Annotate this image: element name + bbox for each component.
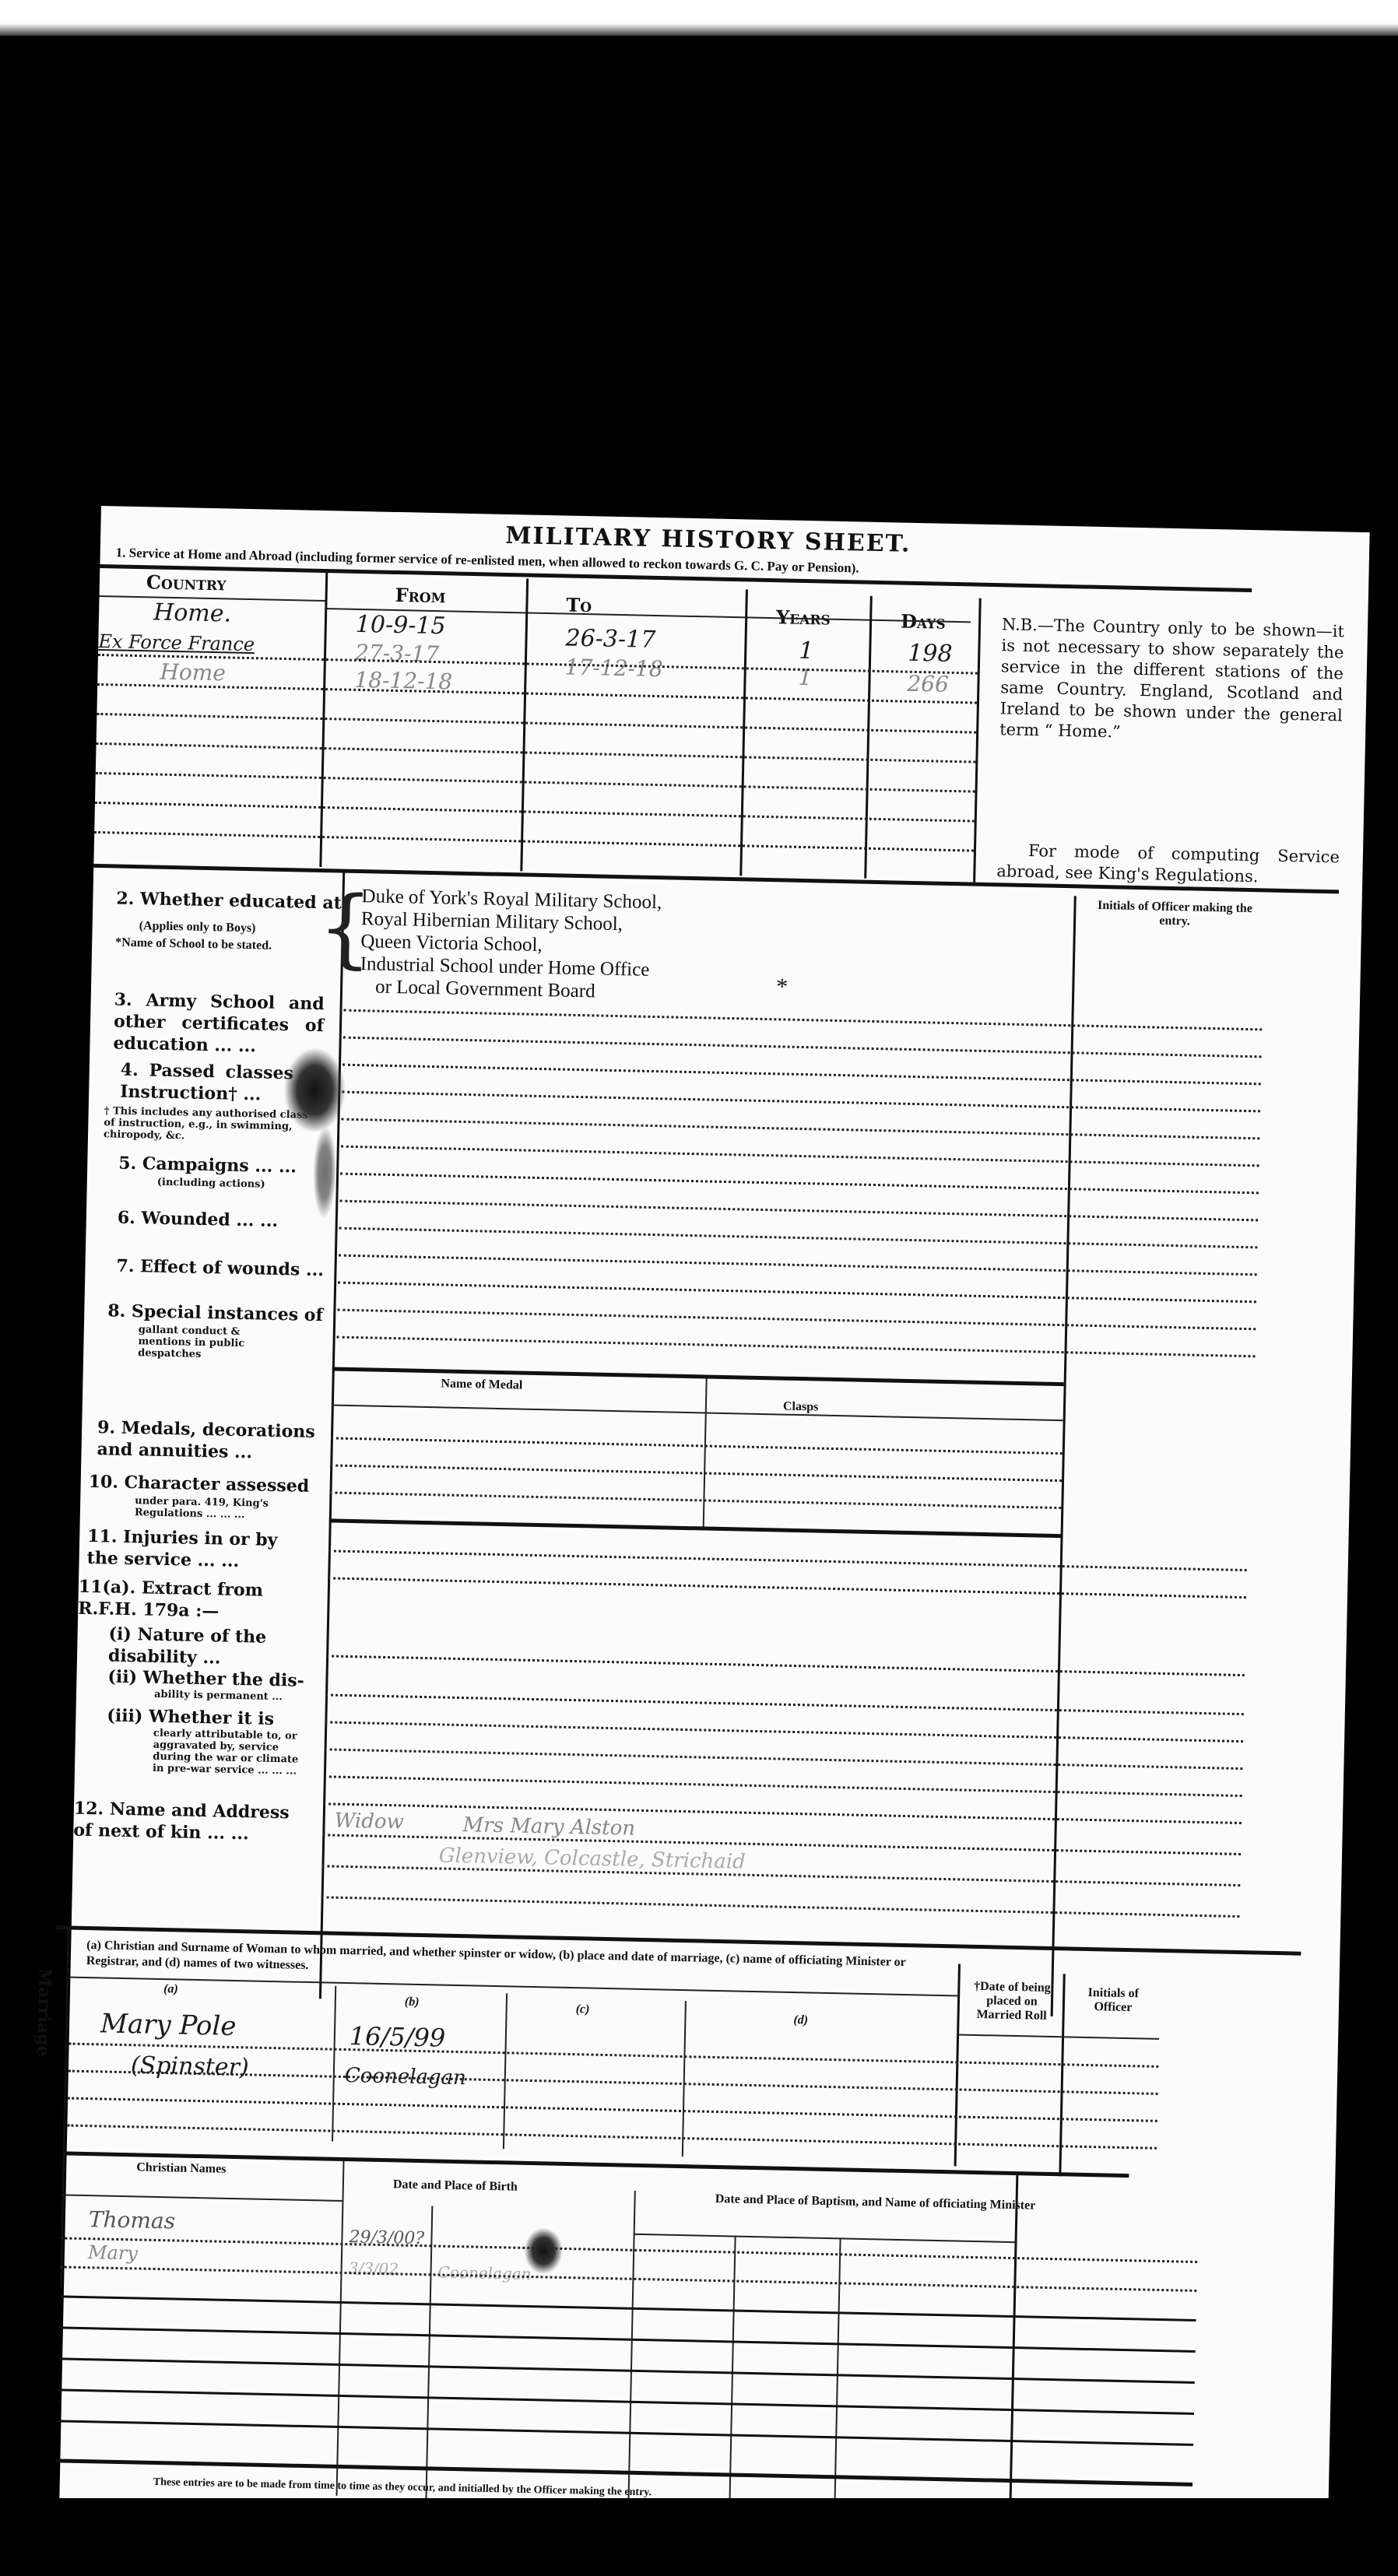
dotted-rule [325, 1693, 1244, 1715]
dotted-rule [343, 1009, 1262, 1031]
dotted-rule [330, 1464, 1062, 1482]
dotted-rule [97, 683, 977, 704]
column-divider [60, 1929, 70, 2287]
children-names-header: Christian Names [136, 2160, 226, 2176]
item-11a-label: 11(a). Extract from R.F.H. 179a :— [78, 1576, 312, 1624]
dotted-rule [97, 713, 976, 734]
rule [634, 2234, 1015, 2243]
school-marker: * [776, 975, 789, 998]
rule [62, 2194, 342, 2202]
medal-name-header: Name of Medal [441, 1377, 522, 1392]
item-11a-iii-label: (iii) Whether it is [107, 1705, 274, 1730]
dotted-rule [325, 1748, 1243, 1770]
dotted-rule [94, 831, 974, 852]
rule [58, 2388, 1194, 2415]
dotted-rule [339, 1227, 1258, 1249]
item-2-sub1: (Applies only to Boys) [139, 919, 256, 935]
service-row-1-from: 10-9-15 [356, 611, 446, 640]
child-2-birth-place: Coonelagan [437, 2263, 532, 2284]
item-12-label: 12. Name and Address of next of kin ... … [73, 1798, 307, 1846]
dotted-rule [343, 1037, 1262, 1058]
service-row-1-years: 1 [799, 637, 814, 665]
military-history-sheet: MILITARY HISTORY SHEET. 1. Service at Ho… [59, 506, 1369, 2532]
item-2-sub2: *Name of School to be stated. [115, 936, 272, 953]
married-roll-header: †Date of being placed on Married Roll [964, 1980, 1059, 2024]
dotted-rule [342, 1118, 1260, 1140]
marriage-wife-name: Mary Pole [100, 2008, 237, 2042]
dotted-rule [326, 1655, 1245, 1676]
dotted-rule [328, 1577, 1246, 1599]
item-5-label: 5. Campaigns ... ... [118, 1153, 297, 1178]
service-row-3-country: Home [160, 659, 226, 686]
item-7-label: 7. Effect of wounds ... [116, 1255, 324, 1282]
column-divider [739, 589, 748, 876]
ink-blot [524, 2227, 564, 2275]
item-11a-i-label: (i) Nature of the disability ... [108, 1623, 311, 1671]
dotted-rule [321, 1896, 1240, 1918]
dotted-rule [97, 742, 976, 763]
item-10-label: 10. Character assessed [88, 1471, 309, 1497]
dotted-rule [328, 1549, 1247, 1571]
scan-top-edge [0, 0, 1398, 36]
clasps-header: Clasps [783, 1400, 819, 1415]
dotted-rule [98, 654, 978, 675]
column-divider [503, 1993, 508, 2149]
scan-bottom-edge [0, 2498, 1398, 2576]
item-3-label: 3. Army School and other certificates of… [113, 988, 325, 1058]
dotted-rule [61, 2237, 1197, 2263]
item-6-label: 6. Wounded ... ... [118, 1207, 279, 1232]
item-5-sub: (including actions) [157, 1177, 265, 1191]
dotted-rule [341, 1146, 1259, 1167]
item-2-label: 2. Whether educated at [116, 888, 342, 914]
marriage-col-c: (c) [575, 2002, 589, 2016]
column-divider [336, 2161, 345, 2496]
service-row-1-country: Home. [153, 598, 232, 627]
service-row-2-country: Ex Force France [98, 630, 255, 655]
dotted-rule [342, 1064, 1261, 1086]
dotted-rule [67, 2125, 1157, 2150]
marriage-col-a: (a) [163, 1982, 178, 1996]
dotted-rule [68, 2097, 1157, 2122]
column-divider [627, 2191, 635, 2502]
rule [57, 2420, 1193, 2446]
item-8-sub: gallant conduct & mentions in public des… [138, 1324, 279, 1362]
column-divider [425, 2206, 433, 2501]
dotted-rule [95, 802, 975, 823]
item-11a-ii-label: (ii) Whether the dis- [107, 1666, 304, 1692]
header-country: Country [146, 570, 227, 595]
dotted-rule [337, 1309, 1256, 1331]
children-birth-header: Date and Place of Birth [393, 2178, 518, 2194]
service-row-2-from: 27-3-17 [355, 640, 440, 667]
dotted-rule [96, 772, 975, 793]
next-of-kin-relation: Widow [334, 1809, 404, 1834]
service-row-1-days: 198 [908, 640, 953, 668]
dotted-rule [342, 1091, 1260, 1113]
child-2-name: Mary [88, 2241, 138, 2264]
service-row-2-to: 17-12-18 [564, 655, 662, 683]
column-divider [520, 578, 529, 871]
item-11a-iii-sub: clearly attributable to, or aggravated b… [153, 1728, 309, 1778]
column-divider [864, 596, 873, 879]
school-5: or Local Government Board [375, 976, 595, 1003]
rule [329, 1518, 1061, 1538]
dotted-rule [331, 1437, 1063, 1455]
marriage-wife-status: (Spinster) [131, 2051, 249, 2081]
dotted-rule [61, 2265, 1197, 2292]
service-row-1-to: 26-3-17 [565, 625, 655, 654]
next-of-kin-name: Mrs Mary Alston [462, 1813, 635, 1841]
column-divider [682, 2001, 687, 2157]
service-row-2-days: 266 [907, 671, 949, 697]
computing-note: For mode of computing Service abroad, se… [996, 840, 1340, 889]
header-from: From [395, 584, 445, 607]
marriage-col-b: (b) [405, 1995, 420, 2009]
column-divider [332, 1986, 336, 2142]
child-1-name: Thomas [89, 2206, 176, 2234]
column-divider [703, 1379, 708, 1527]
rule [957, 2034, 1159, 2039]
item-11a-ii-sub: ability is permanent ... [154, 1689, 283, 1703]
item-10-sub: under para. 419, King's Regulations ... … [135, 1495, 314, 1522]
dotted-rule [339, 1200, 1258, 1222]
marriage-side-label: Marriage [33, 1968, 54, 2057]
rule [60, 2295, 1196, 2322]
marriage-initials-header: Initials of Officer [1074, 1986, 1153, 2016]
dotted-rule [340, 1173, 1259, 1195]
dotted-rule [338, 1282, 1256, 1304]
dotted-rule [324, 1775, 1242, 1797]
dotted-rule [339, 1255, 1257, 1276]
dotted-rule [321, 1865, 1240, 1886]
dotted-rule [329, 1491, 1061, 1509]
child-2-birth-date: 3/3/02 [348, 2258, 399, 2278]
column-divider [973, 598, 982, 883]
dotted-rule [337, 1336, 1256, 1358]
dotted-rule [325, 1721, 1243, 1742]
initials-header: Initials of Officer making the entry. [1097, 899, 1253, 930]
item-9-label: 9. Medals, decorations and annuities ... [97, 1416, 315, 1465]
rule [332, 1404, 1063, 1421]
marriage-col-d: (d) [793, 2013, 808, 2027]
rule [58, 2357, 1195, 2384]
document-title: MILITARY HISTORY SHEET. [505, 522, 912, 558]
nb-note: N.B.—The Country only to be shown—it is … [999, 614, 1344, 747]
rule [59, 2326, 1196, 2353]
children-baptism-header: Date and Place of Baptism, and Name of o… [704, 2192, 1046, 2213]
dotted-rule [68, 2070, 1158, 2095]
dotted-rule [323, 1802, 1242, 1824]
item-8-label: 8. Special instances of [107, 1300, 323, 1326]
item-11-label: 11. Injuries in or by the service ... ..… [86, 1525, 313, 1574]
